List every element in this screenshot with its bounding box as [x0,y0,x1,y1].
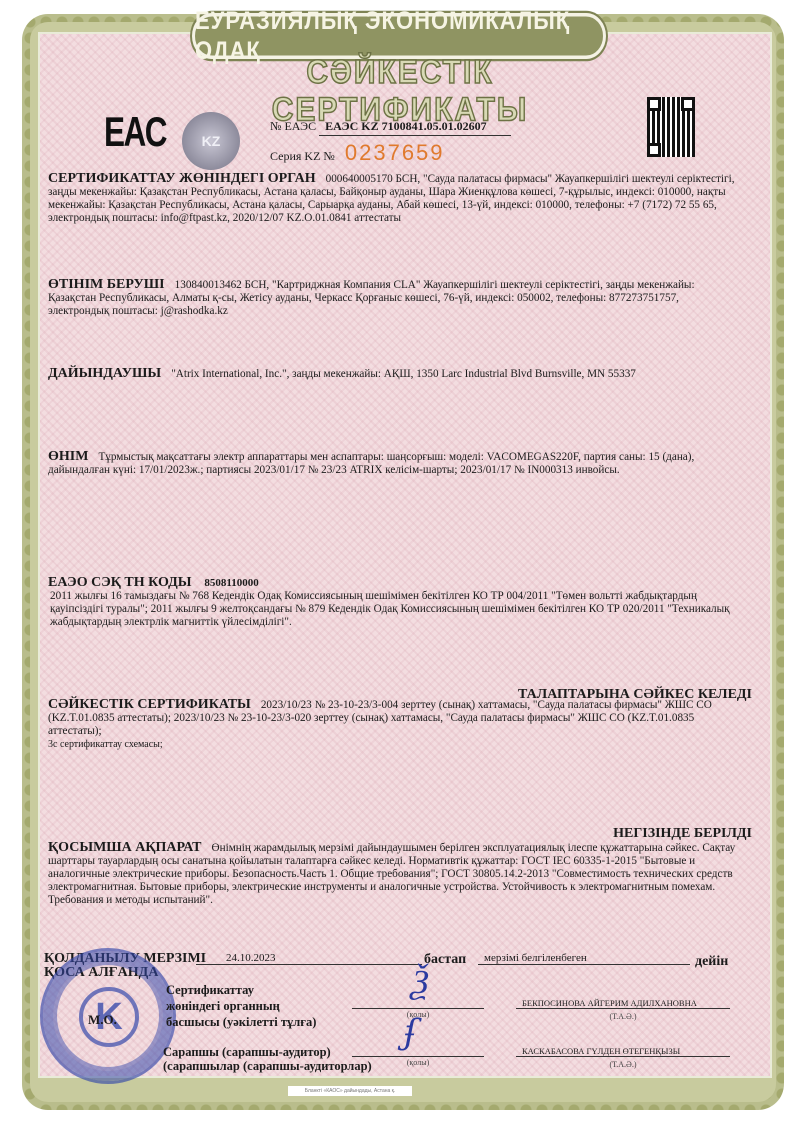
certification-body-heading: СЕРТИФИКАТТАУ ЖӨНІНДЕГІ ОРГАН [48,171,316,186]
additional-right-heading: НЕГІЗІНДЕ БЕРІЛДІ [613,826,752,842]
conformity-heading: СӘЙКЕСТІК СЕРТИФИКАТЫ [48,697,251,712]
expert-label: Сарапшы (сарапшы-аудитор) (сарапшылар (с… [163,1045,372,1073]
product-text: Тұрмыстық мақсаттағы электр аппараттары … [48,451,694,476]
tn-code-section: ЕАЭО СЭҚ ТН КОДЫ 8508110000 2011 жылғы 1… [48,576,738,629]
manufacturer-heading: ДАЙЫНДАУШЫ [48,366,161,381]
manufacturer-section: ДАЙЫНДАУШЫ"Atrix International, Inc.", з… [48,367,738,381]
conformity-section: СӘЙКЕСТІК СЕРТИФИКАТЫ2023/10/23 № 23-10-… [48,698,738,751]
stamp-place-label: М.О. [88,1012,117,1028]
applicant-heading: ӨТІНІМ БЕРУШІ [48,277,165,292]
series-value: 0237659 [345,140,445,166]
union-banner: ЕУРАЗИЯЛЫҚ ЭКОНОМИКАЛЫҚ ОДАҚ [192,13,606,59]
eac-mark-logo: EAC [104,108,166,156]
additional-section: ҚОСЫМША АҚПАРАТӨнімнің жарамдылық мерзім… [48,841,738,907]
product-heading: ӨНІМ [48,449,88,464]
validity-from-date: 24.10.2023 [196,952,422,965]
expert-signature-icon: ʄ [404,1012,417,1052]
expert-signature-caption: (қолы) [352,1058,484,1067]
certification-scheme: 3с сертификаттау схемасы; [48,738,738,751]
kz-hologram-icon: KZ [182,112,240,170]
printer-note: Бланкті «КАОС» дайындады, Астана қ. [288,1086,412,1096]
qr-code-icon [647,97,695,157]
validity-to-label: дейін [695,954,728,970]
head-name-caption: (Т.А.Ә.) [516,1012,730,1021]
applicant-section: ӨТІНІМ БЕРУШІ130840013462 БСН, "Картридж… [48,278,738,318]
series-number: Серия KZ № 0237659 [270,140,445,166]
head-signature-line [352,1004,484,1009]
tn-code-text: 2011 жылғы 16 тамыздағы № 768 Кедендік О… [48,590,738,629]
reg-label: № ЕАЭС [270,119,316,133]
expert-signature-line [352,1052,484,1057]
reg-value: ЕАЭС KZ 7100841.05.01.02607 [319,119,511,136]
tn-code-value: 8508110000 [204,577,258,589]
series-label: Серия KZ № [270,149,335,164]
expert-name: КАСКАБАСОВА ГҮЛДЕН ӨТЕГЕНҚЫЗЫ [516,1046,730,1057]
validity-to-value: мерзімі белгіленбеген [478,952,690,965]
head-signature-icon: Ѯ [412,962,429,1002]
additional-heading: ҚОСЫМША АҚПАРАТ [48,840,202,855]
tn-code-heading: ЕАЭО СЭҚ ТН КОДЫ [48,575,192,590]
head-signature-caption: (қолы) [352,1010,484,1019]
expert-name-caption: (Т.А.Ә.) [516,1060,730,1069]
head-name: БЕКПОСИНОВА АЙГЕРИМ АДИЛХАНОВНА [516,998,730,1009]
certification-body-section: СЕРТИФИКАТТАУ ЖӨНІНДЕГІ ОРГАН00064000517… [48,172,738,225]
registration-number: № ЕАЭС ЕАЭС KZ 7100841.05.01.02607 [270,119,511,136]
validity-from-label: бастап [424,952,466,968]
head-label: Сертификаттау жөніндегі органның басшысы… [166,982,316,1030]
manufacturer-text: "Atrix International, Inc.", заңды мекен… [171,368,636,380]
product-section: ӨНІМТұрмыстық мақсаттағы электр аппаратт… [48,450,738,477]
